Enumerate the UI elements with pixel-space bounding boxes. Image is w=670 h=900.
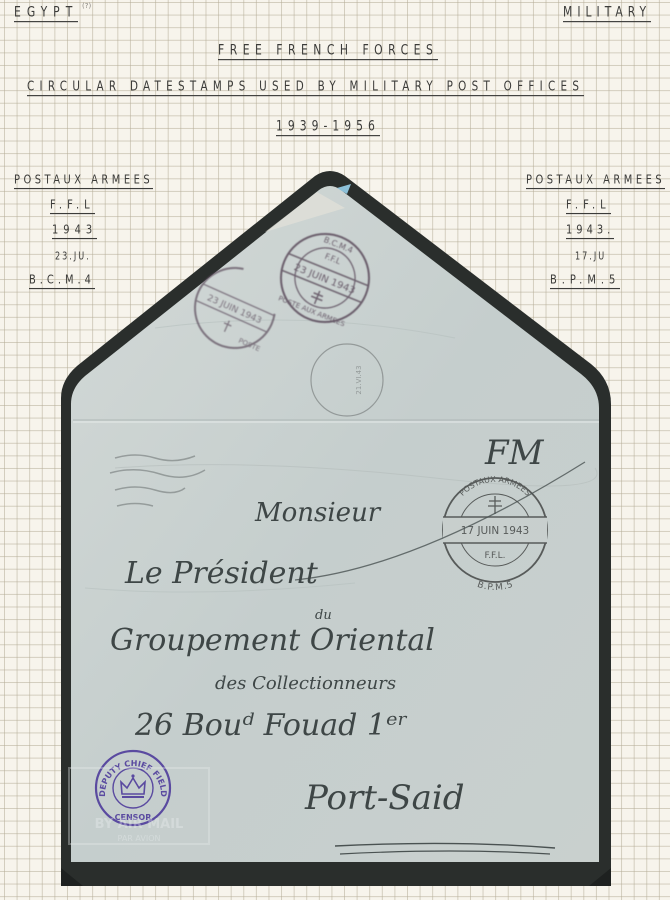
page-title: FREE FRENCH FORCES: [218, 42, 438, 60]
country-heading: EGYPT: [14, 4, 78, 22]
svg-text:F.F.L.: F.F.L.: [484, 551, 505, 561]
address-line1: Monsieur: [255, 498, 380, 528]
address-line6: 26 Bouᵈ Fouad 1ᵉʳ: [135, 708, 408, 743]
country-note: (?): [82, 2, 91, 10]
address-line5: des Collectionneurs: [215, 673, 396, 694]
svg-text:17 JUIN 1943: 17 JUIN 1943: [461, 525, 530, 537]
manuscript-fm: FM: [485, 433, 543, 473]
address-line2: Le Président: [125, 556, 318, 591]
svg-text:PAR AVION: PAR AVION: [118, 834, 161, 843]
svg-text:BY AIR MAIL: BY AIR MAIL: [95, 817, 184, 832]
address-line4: Groupement Oriental: [110, 623, 435, 658]
page-subtitle: CIRCULAR DATESTAMPS USED BY MILITARY POS…: [27, 78, 584, 96]
address-line7: Port-Said: [305, 778, 465, 818]
page-years: 1939-1956: [276, 118, 380, 136]
svg-text:21.VI.43: 21.VI.43: [355, 365, 363, 394]
envelope-cover: 23 JUIN 1943 F.F.L B.C.M.4 POSTE AUX ARM…: [55, 168, 617, 888]
address-line3: du: [315, 608, 332, 623]
category-heading: MILITARY: [563, 4, 651, 22]
